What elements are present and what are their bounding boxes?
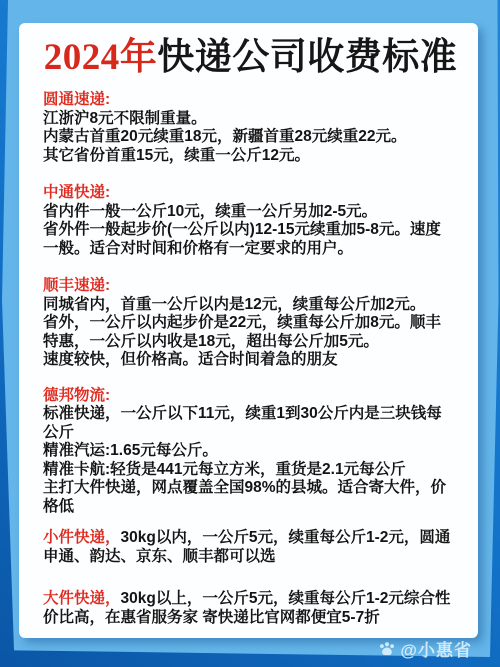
section-line: 速度较快，但价格高。适合时间着急的朋友 — [43, 351, 458, 370]
section-zhongtong: 中通快递: 省内件一般一公斤10元，续重一公斤另加2-5元。 省外件一般起步价(… — [43, 184, 458, 258]
section-shunfeng: 顺丰速递: 同城省内，首重一公斤以内是12元，续重每公斤加2元。 省外，一公斤以… — [43, 277, 458, 370]
note-lead: 大件快递， — [43, 590, 121, 607]
section-line: 其它省份首重15元，续重一公斤12元。 — [43, 147, 458, 166]
note-text: 30kg以内，一公斤5元，续重每公斤1-2元，圆通 — [121, 529, 451, 546]
section-heading: 德邦物流: — [43, 387, 458, 406]
watermark: @小惠省 — [378, 636, 472, 661]
paw-icon — [378, 641, 396, 657]
section-line: 特惠，一公斤以内收是18元，超出每公斤加5元。 — [43, 333, 458, 352]
section-line: 精准汽运:1.65元每公斤。 — [43, 442, 458, 461]
watermark-handle: @小惠省 — [400, 636, 472, 661]
section-heading: 顺丰速递: — [43, 277, 458, 296]
section-line: 内蒙古首重20元续重18元，新疆首重28元续重22元。 — [43, 128, 458, 147]
section-line: 省外件一般起步价(一公斤以内)12-15元续重加5-8元。速度 — [43, 221, 458, 240]
note-line: 小件快递，30kg以内，一公斤5元，续重每公斤1-2元，圆通 — [43, 529, 458, 548]
section-line: 主打大件快递，网点覆盖全国98%的县城。适合寄大件，价 — [43, 479, 458, 498]
title-rest: 快递公司收费标准 — [157, 37, 457, 78]
section-line: 同城省内，首重一公斤以内是12元，续重每公斤加2元。 — [43, 296, 458, 315]
section-line: 江浙沪8元不限制重量。 — [43, 110, 458, 129]
note-line: 申通、韵达、京东、顺丰都可以选 — [43, 548, 458, 567]
section-line: 公斤 — [43, 424, 458, 443]
note-small-parcel: 小件快递，30kg以内，一公斤5元，续重每公斤1-2元，圆通 申通、韵达、京东、… — [43, 529, 458, 566]
content-card: 2024年快递公司收费标准 圆通速递: 江浙沪8元不限制重量。 内蒙古首重20元… — [19, 23, 478, 638]
note-lead: 小件快递， — [43, 529, 121, 546]
section-debang: 德邦物流: 标准快递，一公斤以下11元，续重1到30公斤内是三块钱每 公斤 精准… — [43, 387, 458, 517]
note-line: 价比高，在惠省服务家 寄快递比官网都便宜5-7折 — [43, 609, 458, 628]
section-heading: 圆通速递: — [43, 91, 458, 110]
section-line: 省外，一公斤以内起步价是22元，续重每公斤加8元。顺丰 — [43, 314, 458, 333]
section-line: 标准快递，一公斤以下11元，续重1到30公斤内是三块钱每 — [43, 405, 458, 424]
section-yuantong: 圆通速递: 江浙沪8元不限制重量。 内蒙古首重20元续重18元，新疆首重28元续… — [43, 91, 458, 165]
section-heading: 中通快递: — [43, 184, 458, 203]
poster-title: 2024年快递公司收费标准 — [43, 37, 458, 78]
section-line: 一般。适合对时间和价格有一定要求的用户。 — [43, 240, 458, 259]
note-line: 大件快递，30kg以上，一公斤5元，续重每公斤1-2元综合性 — [43, 590, 458, 609]
section-line: 格低 — [43, 498, 458, 517]
title-year: 2024年 — [44, 37, 158, 78]
note-text: 30kg以上，一公斤5元，续重每公斤1-2元综合性 — [121, 590, 451, 607]
note-large-parcel: 大件快递，30kg以上，一公斤5元，续重每公斤1-2元综合性 价比高，在惠省服务… — [43, 590, 458, 627]
section-line: 精准卡航:轻货是441元每立方米，重货是2.1元每公斤 — [43, 461, 458, 480]
section-line: 省内件一般一公斤10元，续重一公斤另加2-5元。 — [43, 203, 458, 222]
